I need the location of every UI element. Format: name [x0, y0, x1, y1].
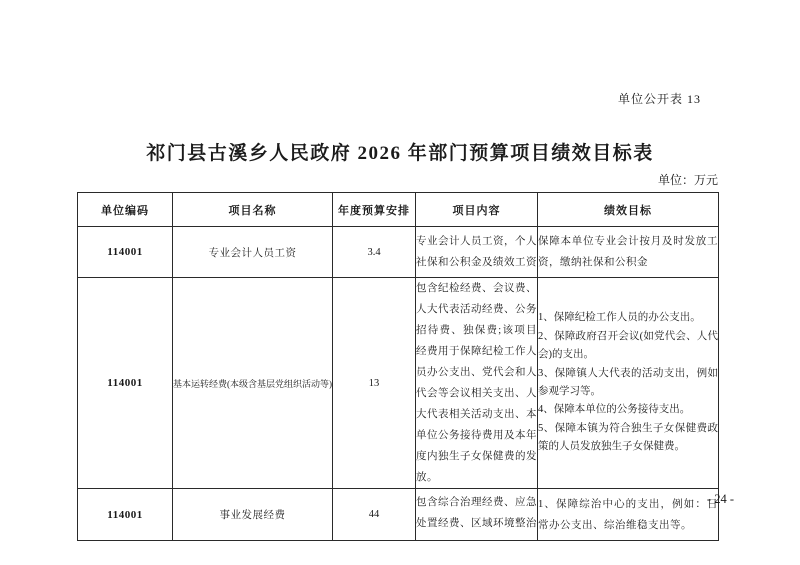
clipped-text: 1、保障综治中心的支出，例如：日常办公支出、综治维稳支出等。 [538, 494, 718, 536]
table-row: 114001 专业会计人员工资 3.4 专业会计人员工资，个人社保和公积金及绩效… [78, 227, 719, 278]
clipped-text: 包含综合治理经费、应急处置经费、区域环境整治及文明创 [416, 492, 537, 538]
table-row: 114001 基本运转经费(本级含基层党组织活动等) 13 包含纪检经费、会议费… [78, 278, 719, 489]
cell-project-content: 包含综合治理经费、应急处置经费、区域环境整治及文明创 [416, 489, 538, 541]
table-row: 114001 事业发展经费 44 包含综合治理经费、应急处置经费、区域环境整治及… [78, 489, 719, 541]
cell-unit-code: 114001 [78, 489, 173, 541]
header-unit-code: 单位编码 [78, 193, 173, 227]
corner-label: 单位公开表 13 [618, 90, 701, 107]
cell-unit-code: 114001 [78, 278, 173, 489]
page-number: - 24 - [707, 492, 734, 507]
cell-project-name: 基本运转经费(本级含基层党组织活动等) [173, 278, 333, 489]
cell-budget: 13 [333, 278, 416, 489]
cell-budget: 3.4 [333, 227, 416, 278]
page-title: 祁门县古溪乡人民政府 2026 年部门预算项目绩效目标表 [0, 138, 800, 165]
unit-note: 单位：万元 [658, 171, 718, 188]
header-project-content: 项目内容 [416, 193, 538, 227]
budget-performance-table: 单位编码 项目名称 年度预算安排 项目内容 绩效目标 114001 专业会计人员… [77, 192, 719, 541]
header-annual-budget: 年度预算安排 [333, 193, 416, 227]
document-page: 单位公开表 13 祁门县古溪乡人民政府 2026 年部门预算项目绩效目标表 单位… [0, 0, 800, 565]
header-project-name: 项目名称 [173, 193, 333, 227]
cell-unit-code: 114001 [78, 227, 173, 278]
cell-project-content: 专业会计人员工资，个人社保和公积金及绩效工资 [416, 227, 538, 278]
cell-project-content: 包含纪检经费、会议费、人大代表活动经费、公务招待费、独保费;该项目经费用于保障纪… [416, 278, 538, 489]
table-header-row: 单位编码 项目名称 年度预算安排 项目内容 绩效目标 [78, 193, 719, 227]
cell-performance-target: 1、保障综治中心的支出，例如：日常办公支出、综治维稳支出等。 [538, 489, 719, 541]
header-performance-target: 绩效目标 [538, 193, 719, 227]
cell-performance-target: 1、保障纪检工作人员的办公支出。 2、保障政府召开会议(如党代会、人代会)的支出… [538, 278, 719, 489]
cell-project-name: 事业发展经费 [173, 489, 333, 541]
cell-project-name: 专业会计人员工资 [173, 227, 333, 278]
cell-performance-target: 保障本单位专业会计按月及时发放工资，缴纳社保和公积金 [538, 227, 719, 278]
cell-budget: 44 [333, 489, 416, 541]
